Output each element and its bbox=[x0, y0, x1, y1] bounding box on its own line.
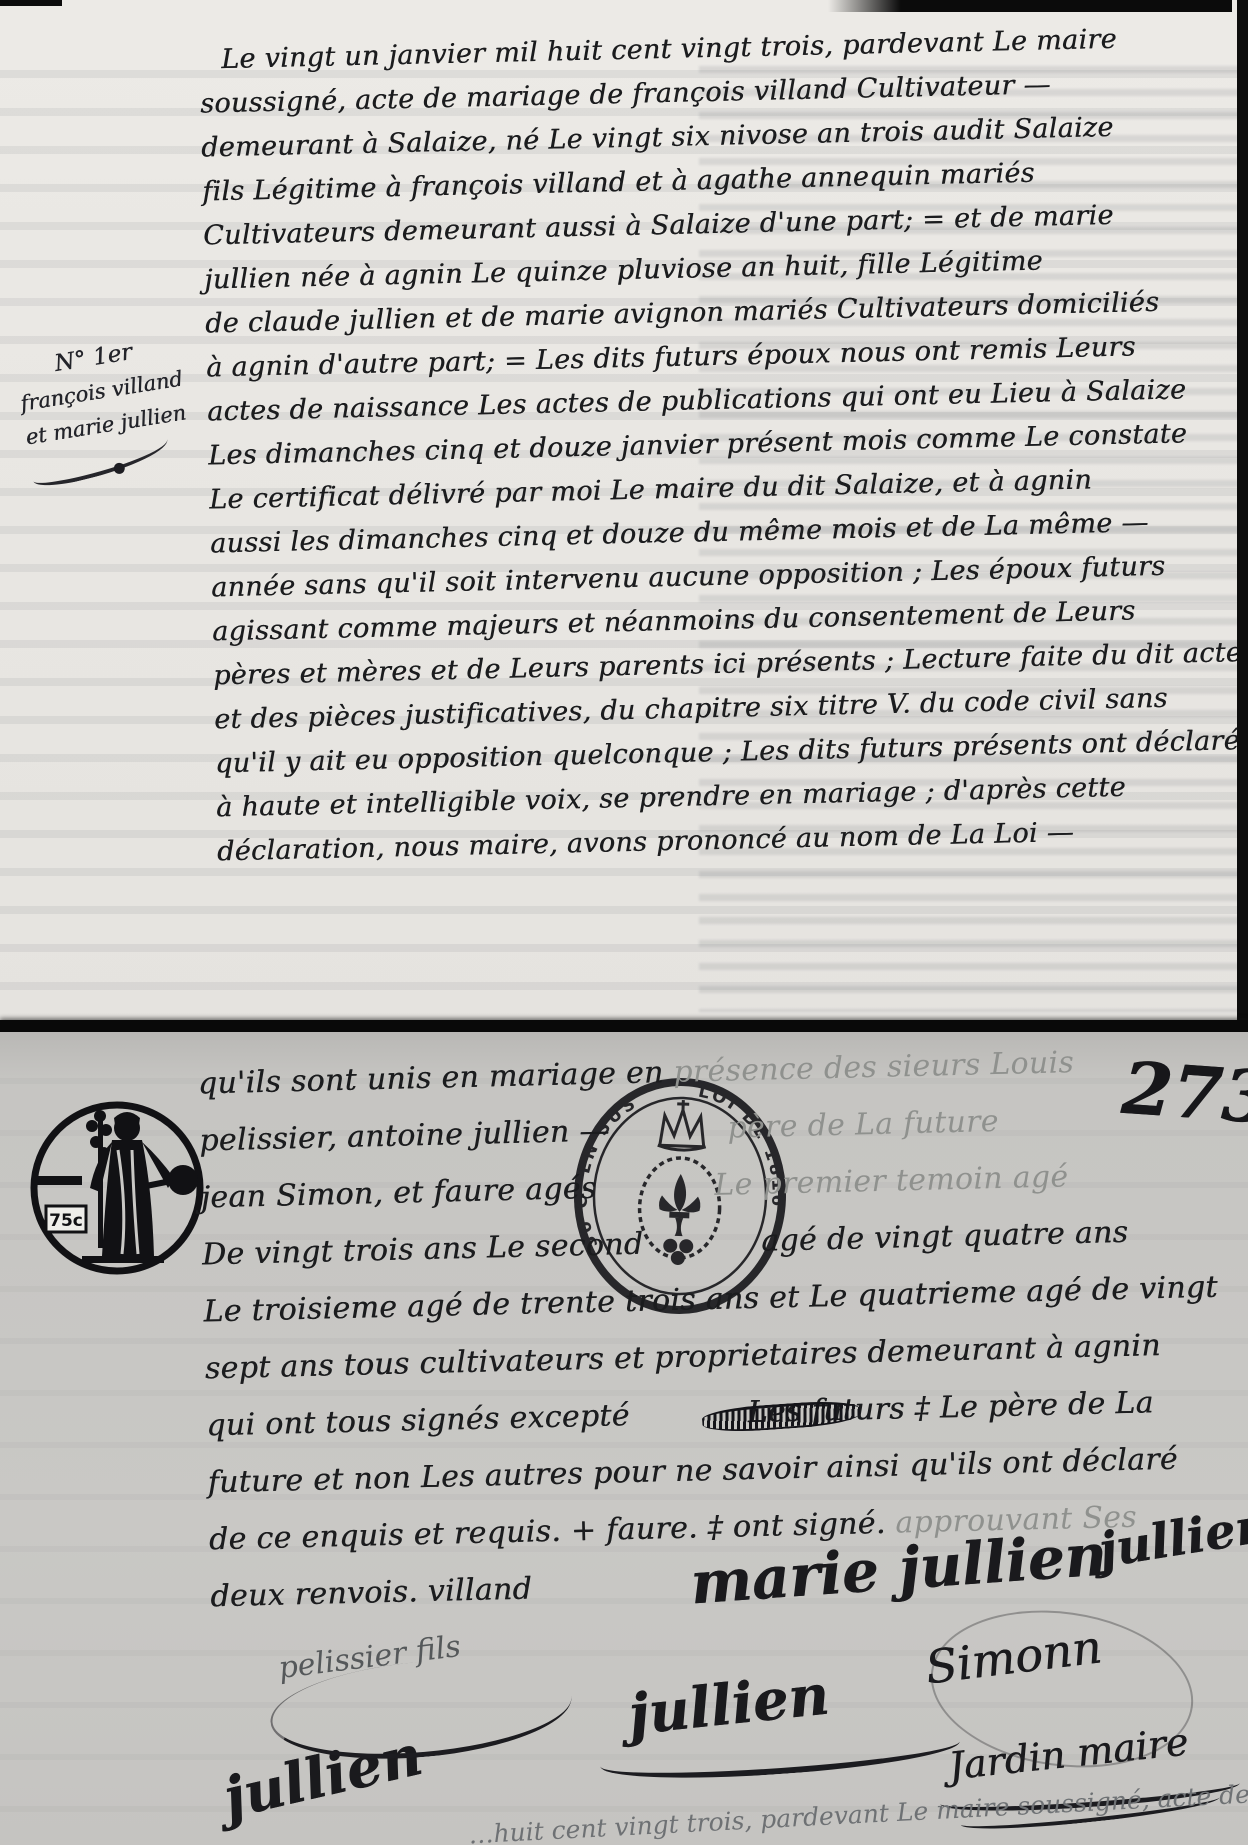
stamp-value: 75c bbox=[49, 1211, 83, 1231]
line-text-faded: présence des sieurs Louis bbox=[673, 1045, 1075, 1090]
scan-edge-artifact bbox=[1237, 0, 1248, 1022]
register-page-2: 273 75c bbox=[0, 1032, 1248, 1845]
scan-edge-artifact bbox=[0, 0, 62, 6]
fiscal-stamp-figure: 75c bbox=[26, 1088, 208, 1292]
line-text: pelissier, antoine jullien — bbox=[199, 1111, 728, 1159]
line-text: jean Simon, et faure agés bbox=[200, 1168, 715, 1216]
margin-note: N° 1er françois villand et marie jullien bbox=[13, 328, 196, 486]
line-text: deux renvois. villand bbox=[210, 1572, 532, 1615]
manuscript-text-page-1: Le vingt un janvier mil huit cent vingt … bbox=[199, 14, 1248, 875]
marriage-register-scan: N° 1er françois villand et marie jullien… bbox=[0, 0, 1248, 1845]
scan-edge-artifact bbox=[828, 0, 1232, 12]
pedestal-bar bbox=[36, 1176, 82, 1185]
line-text: qu'ils sont unis en mariage en bbox=[197, 1055, 673, 1102]
next-act-partial-line: …huit cent vingt trois, pardevant Le mai… bbox=[468, 1780, 1248, 1845]
line-text-faded: Le premier temoin agé bbox=[714, 1159, 1069, 1203]
page-fold-shadow bbox=[0, 1020, 1248, 1032]
line-text-faded: père de La future bbox=[727, 1104, 999, 1146]
register-page-1: N° 1er françois villand et marie jullien… bbox=[0, 0, 1248, 1022]
